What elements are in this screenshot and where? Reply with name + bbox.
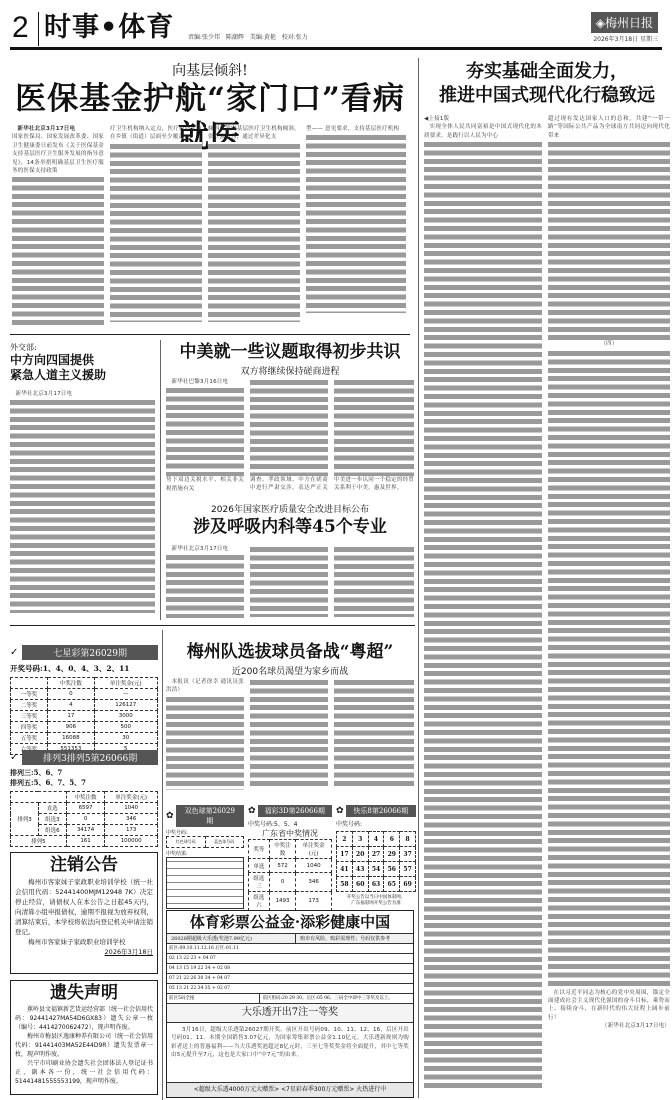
dlt-row: 05 13 21 22 34 35 + 02 07 (167, 984, 413, 994)
promo-banner: <超级大乐透4000万元大赠票> <7星彩春季300万元赠票> 火热进行中 (167, 1082, 413, 1097)
body-text-block (12, 175, 104, 325)
football-col-2 (250, 678, 328, 788)
body-text-block (424, 140, 542, 1090)
welfare-lottery-icon: ✿ (248, 806, 256, 816)
body-text-block (306, 133, 406, 313)
shuangseqiu-block: ✿ 双色球第26029期 中奖号码: 红色球号码蓝色球号码 中奖结果: (166, 805, 244, 909)
dlt-rows: 前区:09.10.11.12.16 后区:01.11 02 13 22 23 +… (167, 944, 413, 1004)
lead-col-1: 新华社北京3月17日电 国家医保局、国家发展改革委、国家卫生健康委日前发布《关于… (12, 125, 104, 325)
us-china-col-1: 新华社巴黎3月16日电 势下双边关税水平、相关非关税措施有关 (166, 378, 244, 493)
logo-mark-icon: ◈ (596, 16, 605, 30)
body-text-block (166, 386, 244, 476)
right-col-2: 超过现有发达国家人口的总和。共建“一带一路”等国际公共产品为全球南方共同迈向现代… (548, 115, 670, 1100)
newspaper-logo: ◈梅州日报 (591, 12, 658, 33)
dlt-row: 前区:09.10.11.12.16 后区:01.11 (167, 944, 413, 954)
table-row: 排列5161100000 (11, 836, 158, 847)
table-row: 三等奖173000 (11, 711, 158, 722)
column-divider (160, 340, 161, 620)
pailie-block: ✓ 排列3排列5第26066期 排列三:5、6、7 排列五:5、6、7、5、7 … (10, 750, 158, 847)
football-col-3 (334, 678, 414, 788)
fucai3d-block: ✿ 福彩3D第26066期 中奖号码:5、5、4 广东省中奖情况 奖等中奖注数单… (248, 805, 332, 911)
body-text-block (250, 378, 328, 476)
cancellation-notice: 注销公告 梅州市客家妹子家政职业培训学校（统一社会信用代码：52441400MJ… (10, 852, 158, 974)
divider (10, 625, 415, 626)
body-text-block (334, 378, 414, 476)
table-row: 单选5721040 (249, 859, 332, 873)
page-number: 2 (12, 10, 29, 46)
body-text-block (548, 140, 670, 340)
dlt-result-text: 3月16日，超级大乐透第26027期开奖。前区开出号码09、10、11、12、1… (167, 1023, 413, 1075)
qixingcai-block: ✓ 七星彩第26029期 开奖号码:1、4、0、4、3、2、11 中奖注数单注奖… (10, 645, 158, 755)
shuangseqiu-results-table (166, 857, 244, 909)
us-china-col-2: 调查、孝政领域、中方在磋商中进行严肃交涉，表达严正关切。 (250, 378, 328, 493)
sports-lottery-banner: 体育彩票公益金·添彩健康中国 (167, 911, 413, 933)
medical-col-3 (334, 545, 414, 617)
table-row: 排列3直选65971040 (11, 803, 158, 814)
body-text-block (548, 349, 670, 989)
table-row: 二等奖4126127 (11, 700, 158, 711)
body-text-block (166, 553, 244, 618)
dlt-row: 02 13 22 23 + 04 07 (167, 954, 413, 964)
right-col-1: ◀上接1版 实现全体人民共同富裕是中国式现代化的本质要求，是践行以人民为中心 (424, 115, 542, 1100)
lead-kicker: 向基层倾斜! (10, 60, 410, 80)
dlt-header: 26028期超级大乐透(奖池7.99亿元) 购市有风险，购彩需理性；号码仅供参考 (167, 933, 413, 944)
pailie-table: 中奖注数单注奖金(元) 排列3直选65971040 组选30346 组选6341… (10, 791, 158, 847)
table-row: 组选三0346 (249, 873, 332, 892)
qixingcai-table: 中奖注数单注奖金(元) 一等奖0— 二等奖4126127 三等奖173000 四… (10, 677, 158, 755)
masthead: 2 时事•体育 责编:张少邦 陈潮辉 美编:黄艳 校对:张力 ◈梅州日报 202… (10, 8, 662, 50)
right-headline-line1: 夯实基础全面发力， (424, 60, 670, 84)
medical-story: 2026年国家医疗质量安全改进目标公布 涉及呼吸内科等45个专业 (165, 502, 415, 539)
medical-col-2 (250, 545, 328, 617)
us-china-col-3: 中美进一步认同一个稳定的经贸关系利于中美，惠及世界。 (334, 378, 414, 493)
dlt-row: 04 13 15 19 22 34 + 02 08 (167, 964, 413, 974)
dlt-result-title: 大乐透开出7注一等奖 (167, 1004, 413, 1023)
divider (10, 334, 410, 335)
lead-col-3: 倾斜政策向基层医疗卫生机构倾斜。张立强认为，通过差异化支 (208, 125, 300, 325)
sidebar-body: 新华社北京3月17日电 (10, 390, 155, 615)
right-headline-line2: 推进中国式现代化行稳致远 (424, 84, 670, 108)
table-row: 组选六1493173 (249, 892, 332, 911)
medical-col-1: 新华社北京3月17日电 (166, 545, 244, 620)
editor-credits: 责编:张少邦 陈潮辉 美编:黄艳 校对:张力 (188, 32, 308, 41)
football-col-1: 本报讯（记者徐幸 通讯员张洪浩） (166, 678, 244, 790)
column-divider (418, 58, 419, 1098)
lottery-logo-icon: ✓ (10, 647, 18, 658)
body-text-block (208, 142, 300, 322)
masthead-divider (38, 12, 39, 46)
welfare-lottery-icon: ✿ (336, 806, 344, 816)
kuaile8-number-grid: 23468 1720272937 4143545657 5860636569 (336, 831, 416, 892)
welfare-lottery-icon: ✿ (166, 811, 174, 821)
lead-col-4: 型—— 意见要求，支持基层医疗机构 (306, 125, 406, 325)
issue-date: 2026年3月18日 星期三 (593, 34, 658, 43)
body-text-block (166, 695, 244, 790)
sports-lottery-box: 体育彩票公益金·添彩健康中国 26028期超级大乐透(奖池7.99亿元) 购市有… (166, 910, 414, 1098)
football-story: 梅州队选拔球员备战“粤超” 近200名球员渴望为家乡而战 (165, 640, 415, 677)
table-row: 五等奖1608830 (11, 733, 158, 744)
section-title: 时事•体育 (44, 10, 174, 46)
table-row: 一等奖0— (11, 689, 158, 700)
kuaile8-block: ✿ 快乐8第26066期 中奖号码: 23468 1720272937 4143… (336, 805, 416, 906)
lead-col-2: 疗卫生机构纳入定点，医疗救助定点在乡镇（街道）层面至少覆盖 (110, 125, 202, 325)
fucai3d-table: 奖等中奖注数单注奖金(元) 单选5721040 组选三0346 组选六14931… (248, 839, 332, 911)
lottery-logo-icon: ✓ (10, 752, 18, 763)
right-story: 夯实基础全面发力， 推进中国式现代化行稳致远 (424, 60, 670, 108)
lost-notice: 遗失声明 蕉岭县文福镇新艺货运经营部（统一社会信用代码：92441427MA54… (10, 980, 158, 1095)
us-china-story: 中美就一些议题取得初步共识 双方将继续保持磋商进程 (165, 340, 415, 377)
column-divider (162, 630, 163, 1100)
body-text-block (10, 398, 155, 613)
closing-byline: （新华社北京3月17日电） (548, 1022, 670, 1030)
section-marker: （四） (548, 340, 670, 348)
table-row: 四等奖906500 (11, 722, 158, 733)
shuangseqiu-number-table: 红色球号码蓝色球号码 (166, 836, 244, 848)
body-text-block (110, 142, 202, 322)
dlt-row: 07 21 22 26 30 34 + 04 07 (167, 974, 413, 984)
sidebar-story: 外交部: 中方向四国提供 紧急人道主义援助 (10, 342, 155, 383)
